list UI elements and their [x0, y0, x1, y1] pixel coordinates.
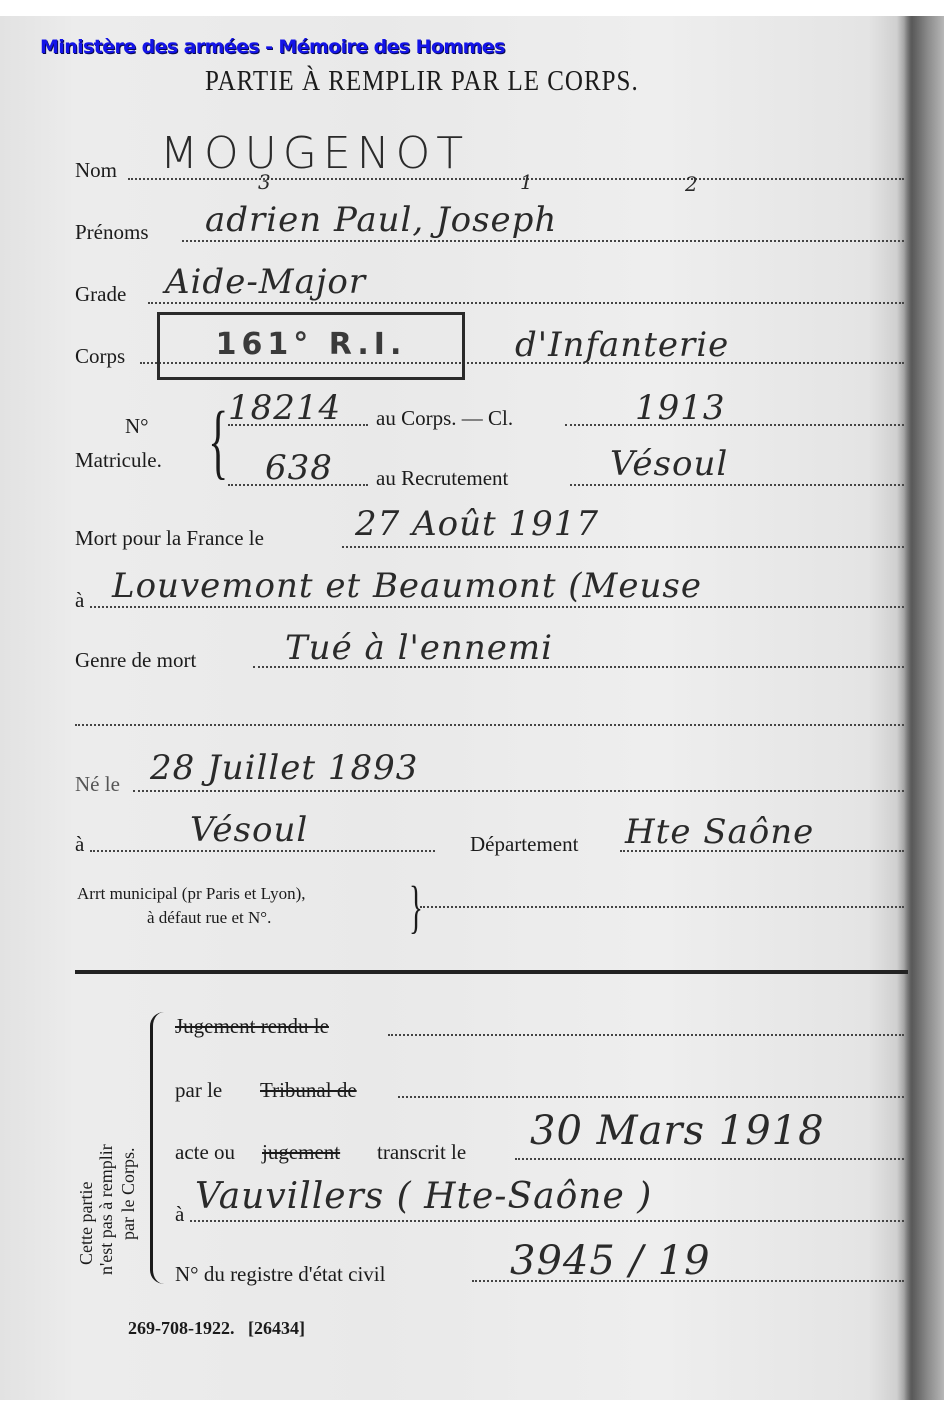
- side-note: Cette partie n'est pas à remplir par le …: [76, 1040, 156, 1270]
- registre-value: 3945 / 19: [510, 1238, 711, 1284]
- classe-line: [565, 424, 904, 426]
- nom-label: Nom: [75, 158, 117, 183]
- page-heading: PARTIE À REMPLIR PAR LE CORPS.: [205, 66, 639, 98]
- tribunal-line: [398, 1096, 904, 1098]
- matricule-label-top: N°: [125, 414, 149, 439]
- recrutement-place-value: Vésoul: [610, 444, 728, 484]
- ne-le-label: Né le: [75, 772, 120, 797]
- prenoms-order-3: 3: [258, 170, 272, 194]
- lower-brace: [150, 1012, 167, 1284]
- ne-le-value: 28 Juillet 1893: [150, 748, 418, 788]
- recrutement-place-line: [570, 484, 904, 486]
- print-reference: 269-708-1922. [26434]: [128, 1318, 305, 1339]
- arrondissement-line: [420, 906, 904, 908]
- transcrit-value: 30 Mars 1918: [530, 1108, 825, 1154]
- watermark: Ministère des armées - Mémoire des Homme…: [40, 36, 505, 58]
- mort-le-line: [342, 546, 904, 548]
- section-divider: [75, 970, 908, 974]
- tribunal-label-plain: par le: [175, 1078, 222, 1103]
- grade-line: [148, 302, 904, 304]
- tribunal-label-struck: Tribunal de: [260, 1078, 357, 1103]
- ne-a-line: [90, 850, 435, 852]
- matricule-label-bottom: Matricule.: [75, 448, 162, 473]
- jugement-label: Jugement rendu le: [175, 1014, 329, 1039]
- side-note-line-1: Cette partie: [76, 1182, 97, 1265]
- mort-a-value: Louvemont et Beaumont (Meuse: [112, 566, 702, 606]
- regiment-stamp: 161° R.I.: [157, 312, 465, 380]
- mort-a-line: [90, 606, 904, 608]
- transcription-a-value: Vauvillers ( Hte-Saône ): [195, 1176, 652, 1217]
- matricule-corps-label: au Corps. — Cl.: [376, 406, 513, 431]
- prenoms-line: [182, 240, 904, 242]
- arrondissement-label-1: Arrt municipal (pr Paris et Lyon),: [77, 884, 306, 904]
- transcription-a-line: [190, 1220, 904, 1222]
- prenoms-label: Prénoms: [75, 220, 149, 245]
- corps-label: Corps: [75, 344, 125, 369]
- side-note-line-3: par le Corps.: [118, 1148, 139, 1240]
- transcrit-label-a: acte ou: [175, 1140, 235, 1165]
- matricule-recrutement-label: au Recrutement: [376, 466, 508, 491]
- transcrit-label-struck: jugement: [262, 1140, 340, 1165]
- mort-le-value: 27 Août 1917: [355, 504, 599, 544]
- genre-mort-label: Genre de mort: [75, 648, 196, 673]
- arrondissement-label-2: à défaut rue et N°.: [147, 908, 271, 928]
- transcrit-label-b: transcrit le: [377, 1140, 466, 1165]
- transcription-a-label: à: [175, 1202, 184, 1227]
- matricule-recrutement-value: 638: [265, 448, 333, 488]
- prenoms-order-1: 1: [520, 170, 534, 194]
- matricule-corps-value: 18214: [228, 388, 341, 428]
- departement-label: Département: [470, 832, 578, 857]
- blank-line: [75, 724, 904, 726]
- grade-label: Grade: [75, 282, 126, 307]
- nom-value: MOUGENOT: [160, 128, 469, 179]
- grade-value: Aide-Major: [165, 262, 366, 302]
- prenoms-value: adrien Paul, Joseph: [205, 200, 557, 240]
- side-note-line-2: n'est pas à remplir: [96, 1144, 117, 1275]
- genre-mort-value: Tué à l'ennemi: [285, 628, 553, 668]
- mort-a-label: à: [75, 588, 84, 613]
- ne-a-value: Vésoul: [190, 810, 308, 850]
- ne-a-label: à: [75, 832, 84, 857]
- transcrit-line: [515, 1158, 904, 1160]
- departement-value: Hte Saône: [625, 812, 814, 852]
- prenoms-order-2: 2: [685, 172, 699, 196]
- registre-label: N° du registre d'état civil: [175, 1262, 385, 1287]
- ne-le-line: [133, 790, 904, 792]
- matricule-brace: {: [208, 400, 228, 484]
- jugement-line: [388, 1034, 904, 1036]
- corps-value: d'Infanterie: [515, 325, 729, 365]
- mort-le-label: Mort pour la France le: [75, 526, 264, 551]
- classe-value: 1913: [635, 388, 726, 428]
